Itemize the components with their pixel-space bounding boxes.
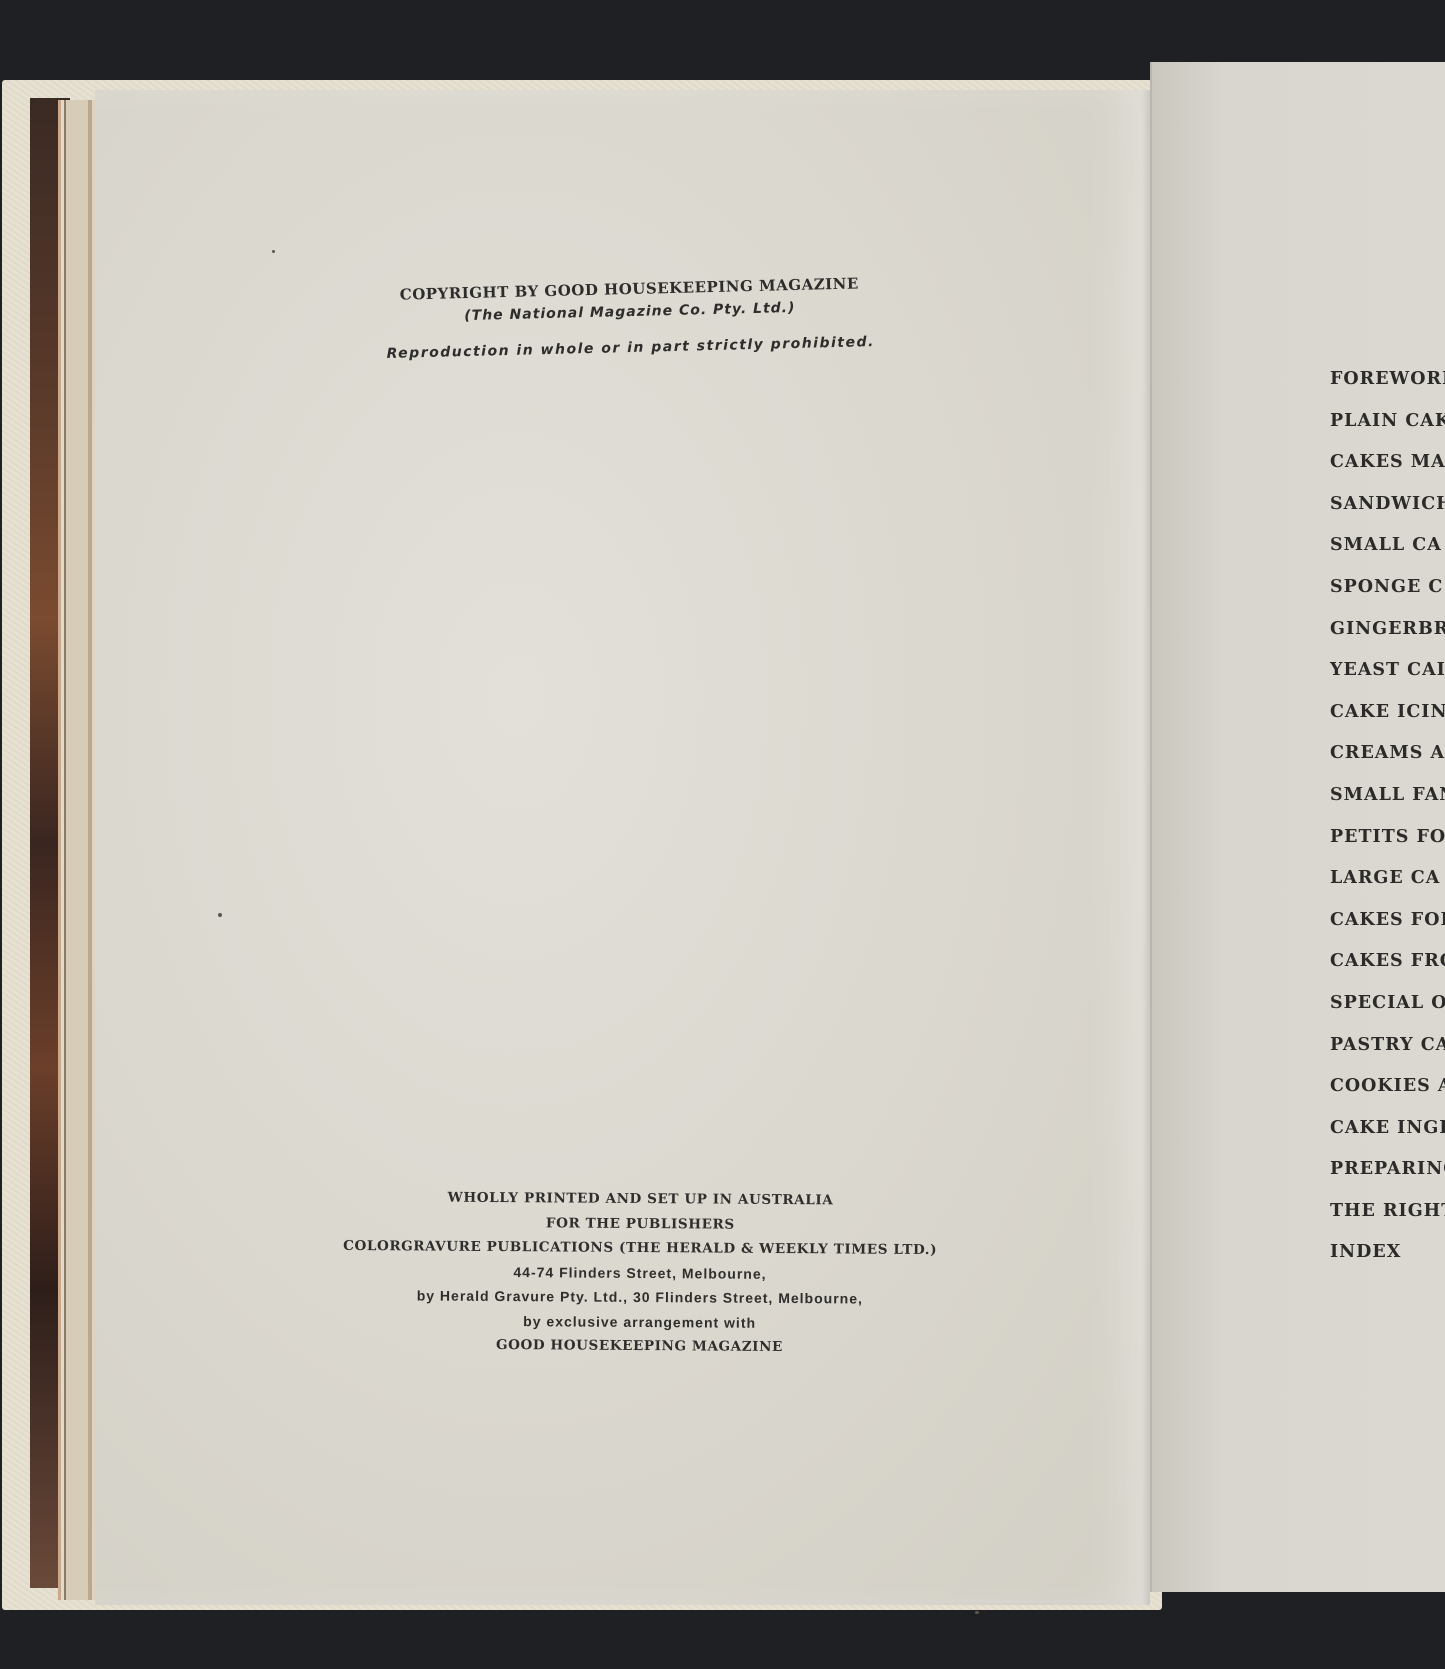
toc-entry: SPONGE C [1330,576,1445,618]
toc-entry: THE RIGHT [1330,1200,1445,1242]
toc-entry: SPECIAL O [1330,992,1445,1034]
page-edges [58,100,98,1600]
toc-entry: SMALL CA [1330,534,1445,576]
toc-entry: LARGE CA [1330,867,1445,909]
paper-speck [218,913,222,917]
toc-entry: CAKES MA [1330,451,1445,493]
table-of-contents: FOREWORDPLAIN CAKCAKES MASANDWICHSMALL C… [1330,368,1445,1283]
paper-speck [975,1611,979,1614]
toc-entry: CREAMS AI [1330,742,1445,784]
toc-entry: COOKIES A [1330,1075,1445,1117]
toc-entry: CAKES FOI [1330,909,1445,951]
toc-entry: GINGERBR [1330,618,1445,660]
paper-speck [272,250,275,253]
printer-imprint: WHOLLY PRINTED AND SET UP IN AUSTRALIA F… [299,1185,980,1361]
toc-entry: CAKE INGI [1330,1117,1445,1159]
toc-entry: PLAIN CAK [1330,410,1445,452]
toc-entry: PETITS FO [1330,826,1445,868]
toc-entry: CAKES FRO [1330,950,1445,992]
toc-entry: YEAST CAI [1330,659,1445,701]
toc-entry: INDEX [1330,1241,1445,1283]
toc-entry: SMALL FAN [1330,784,1445,826]
copyright-block: COPYRIGHT BY GOOD HOUSEKEEPING MAGAZINE … [379,274,881,362]
toc-entry: PASTRY CA [1330,1034,1445,1076]
imprint-line: COLORGRAVURE PUBLICATIONS (THE HERALD & … [300,1234,980,1263]
toc-entry: FOREWORD [1330,368,1445,410]
toc-entry: PREPARING [1330,1158,1445,1200]
toc-entry: SANDWICH [1330,493,1445,535]
imprint-line: GOOD HOUSEKEEPING MAGAZINE [299,1332,979,1361]
toc-entry: CAKE ICIN [1330,701,1445,743]
